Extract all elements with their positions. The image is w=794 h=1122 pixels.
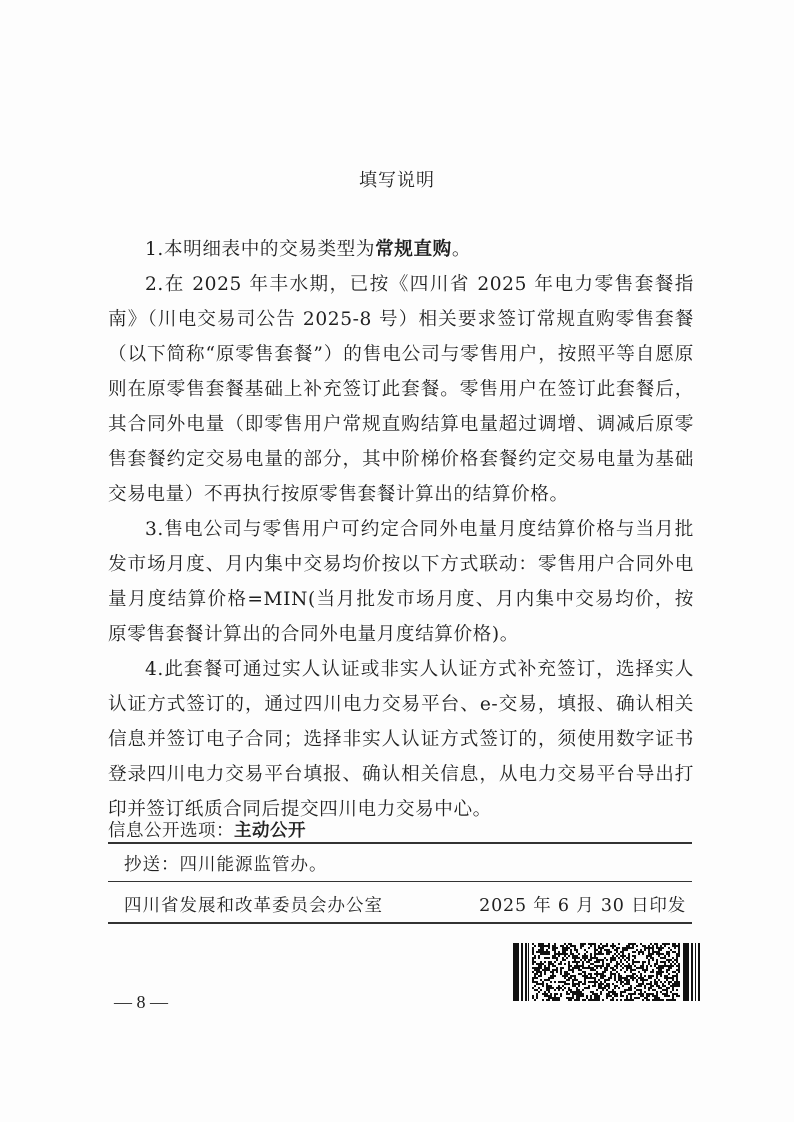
paragraph-text: 。 [452,239,471,260]
paragraph-4: 4.此套餐可通过实人认证或非实人认证方式补充签订，选择实人认证方式签订的，通过四… [108,652,694,827]
divider-line [108,881,692,882]
paragraph-3: 3.售电公司与零售用户可约定合同外电量月度结算价格与当月批发市场月度、月内集中交… [108,512,694,652]
document-page: 填写说明 1.本明细表中的交易类型为常规直购。 2.在 2025 年丰水期，已按… [0,0,794,1122]
paragraph-text: 1.本明细表中的交易类型为 [145,239,375,260]
paragraph-emphasis: 常规直购 [375,239,452,260]
disclosure-value: 主动公开 [234,821,306,841]
barcode-icon [513,943,700,1001]
paragraph-1: 1.本明细表中的交易类型为常规直购。 [108,232,694,267]
disclosure-label: 信息公开选项： [108,821,234,841]
page-number: — 8 — [114,992,168,1013]
page-title: 填写说明 [0,166,794,192]
cc-line: 抄送：四川能源监管办。 [124,851,328,876]
issue-date: 2025 年 6 月 30 日印发 [479,892,686,917]
divider-line [108,922,692,924]
divider-line [108,842,692,844]
issuer: 四川省发展和改革委员会办公室 [124,892,383,917]
disclosure-option: 信息公开选项：主动公开 [108,817,306,842]
paragraph-2: 2.在 2025 年丰水期，已按《四川省 2025 年电力零售套餐指南》（川电交… [108,267,694,512]
document-body: 1.本明细表中的交易类型为常规直购。 2.在 2025 年丰水期，已按《四川省 … [108,232,694,827]
